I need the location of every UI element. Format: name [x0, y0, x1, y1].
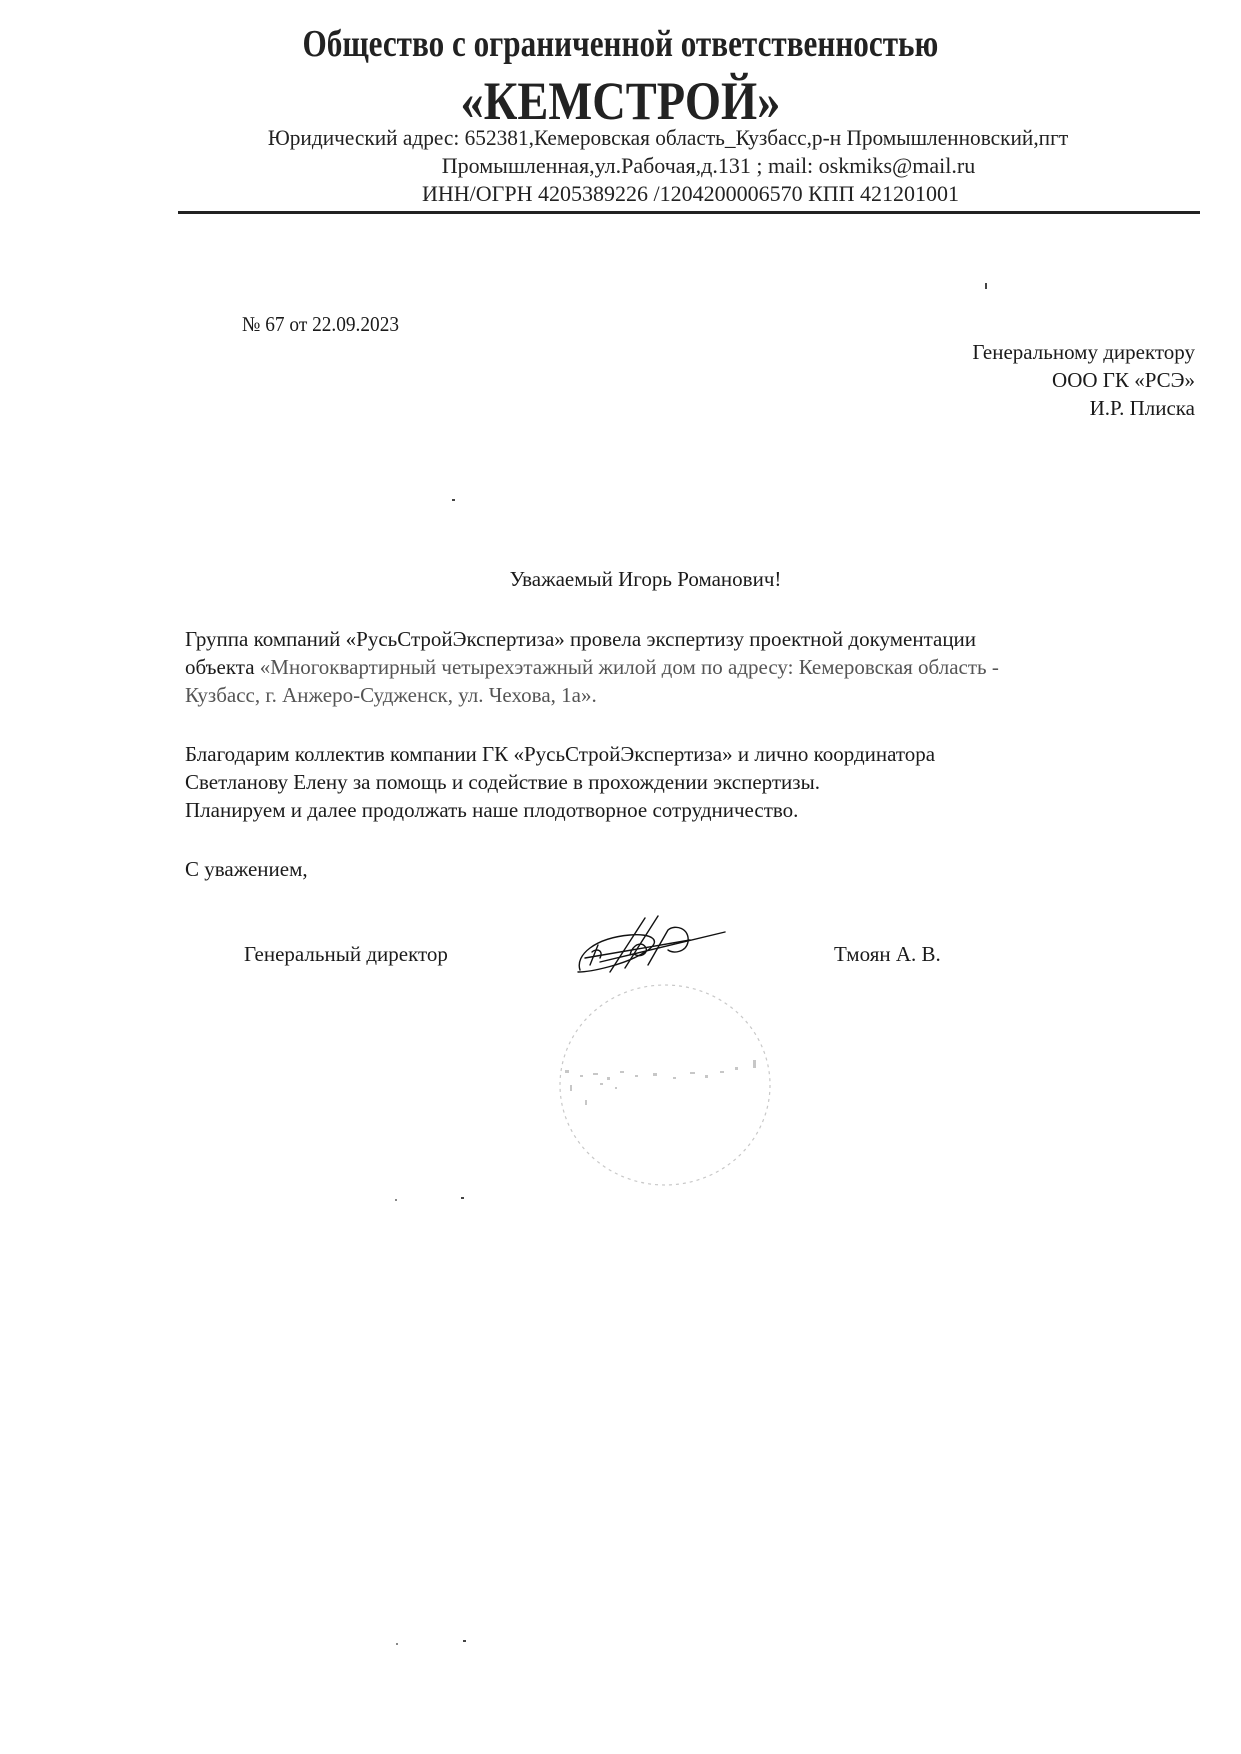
- scan-artifact: [396, 1643, 398, 1645]
- registration-numbers: ИНН/ОГРН 4205389226 /1204200006570 КПП 4…: [70, 181, 1241, 207]
- handwritten-signature-icon: [570, 910, 730, 985]
- paragraph-1-line-2-rest: «Многоквартирный четырехэтажный жилой до…: [260, 655, 999, 679]
- salutation: Уважаемый Игорь Романович!: [0, 567, 1241, 592]
- letterhead-divider: [178, 211, 1200, 214]
- scan-artifact: [452, 499, 455, 501]
- scan-artifact: [395, 1199, 397, 1201]
- signatory-name: Тмоян А. В.: [834, 942, 941, 967]
- company-seal-stamp-icon: [545, 975, 785, 1195]
- company-name: «КЕМСТРОЙ»: [87, 70, 1154, 132]
- closing-phrase: С уважением,: [185, 857, 308, 882]
- paragraph-2-line-1: Благодарим коллектив компании ГК «РусьСт…: [185, 740, 935, 768]
- scan-artifact: [461, 1197, 464, 1199]
- letter-reference-number: № 67 от 22.09.2023: [242, 312, 399, 337]
- paragraph-2-line-2: Светланову Елену за помощь и содействие …: [185, 768, 935, 796]
- paragraph-1-line-3: Кузбасс, г. Анжеро-Судженск, ул. Чехова,…: [185, 681, 999, 709]
- scan-artifact: [463, 1640, 466, 1642]
- company-legal-form: Общество с ограниченной ответственностью: [112, 22, 1130, 66]
- addressee-position: Генеральному директору: [972, 338, 1195, 366]
- signatory-title: Генеральный директор: [244, 942, 448, 967]
- addressee-block: Генеральному директору ООО ГК «РСЭ» И.Р.…: [972, 338, 1195, 422]
- legal-address-line-2: Промышленная,ул.Рабочая,д.131 ; mail: os…: [88, 153, 1241, 179]
- paragraph-1-line-2-prefix: объекта: [185, 655, 260, 679]
- paragraph-1-line-1: Группа компаний «РусьСтройЭкспертиза» пр…: [185, 625, 999, 653]
- addressee-name: И.Р. Плиска: [972, 394, 1195, 422]
- paragraph-2-line-3: Планируем и далее продолжать наше плодот…: [185, 796, 935, 824]
- body-paragraph-2: Благодарим коллектив компании ГК «РусьСт…: [185, 740, 935, 824]
- body-paragraph-1: Группа компаний «РусьСтройЭкспертиза» пр…: [185, 625, 999, 709]
- scan-artifact: [985, 283, 987, 289]
- addressee-company: ООО ГК «РСЭ»: [972, 366, 1195, 394]
- paragraph-1-line-2: объекта «Многоквартирный четырехэтажный …: [185, 653, 999, 681]
- legal-address-line-1: Юридический адрес: 652381,Кемеровская об…: [183, 125, 1153, 151]
